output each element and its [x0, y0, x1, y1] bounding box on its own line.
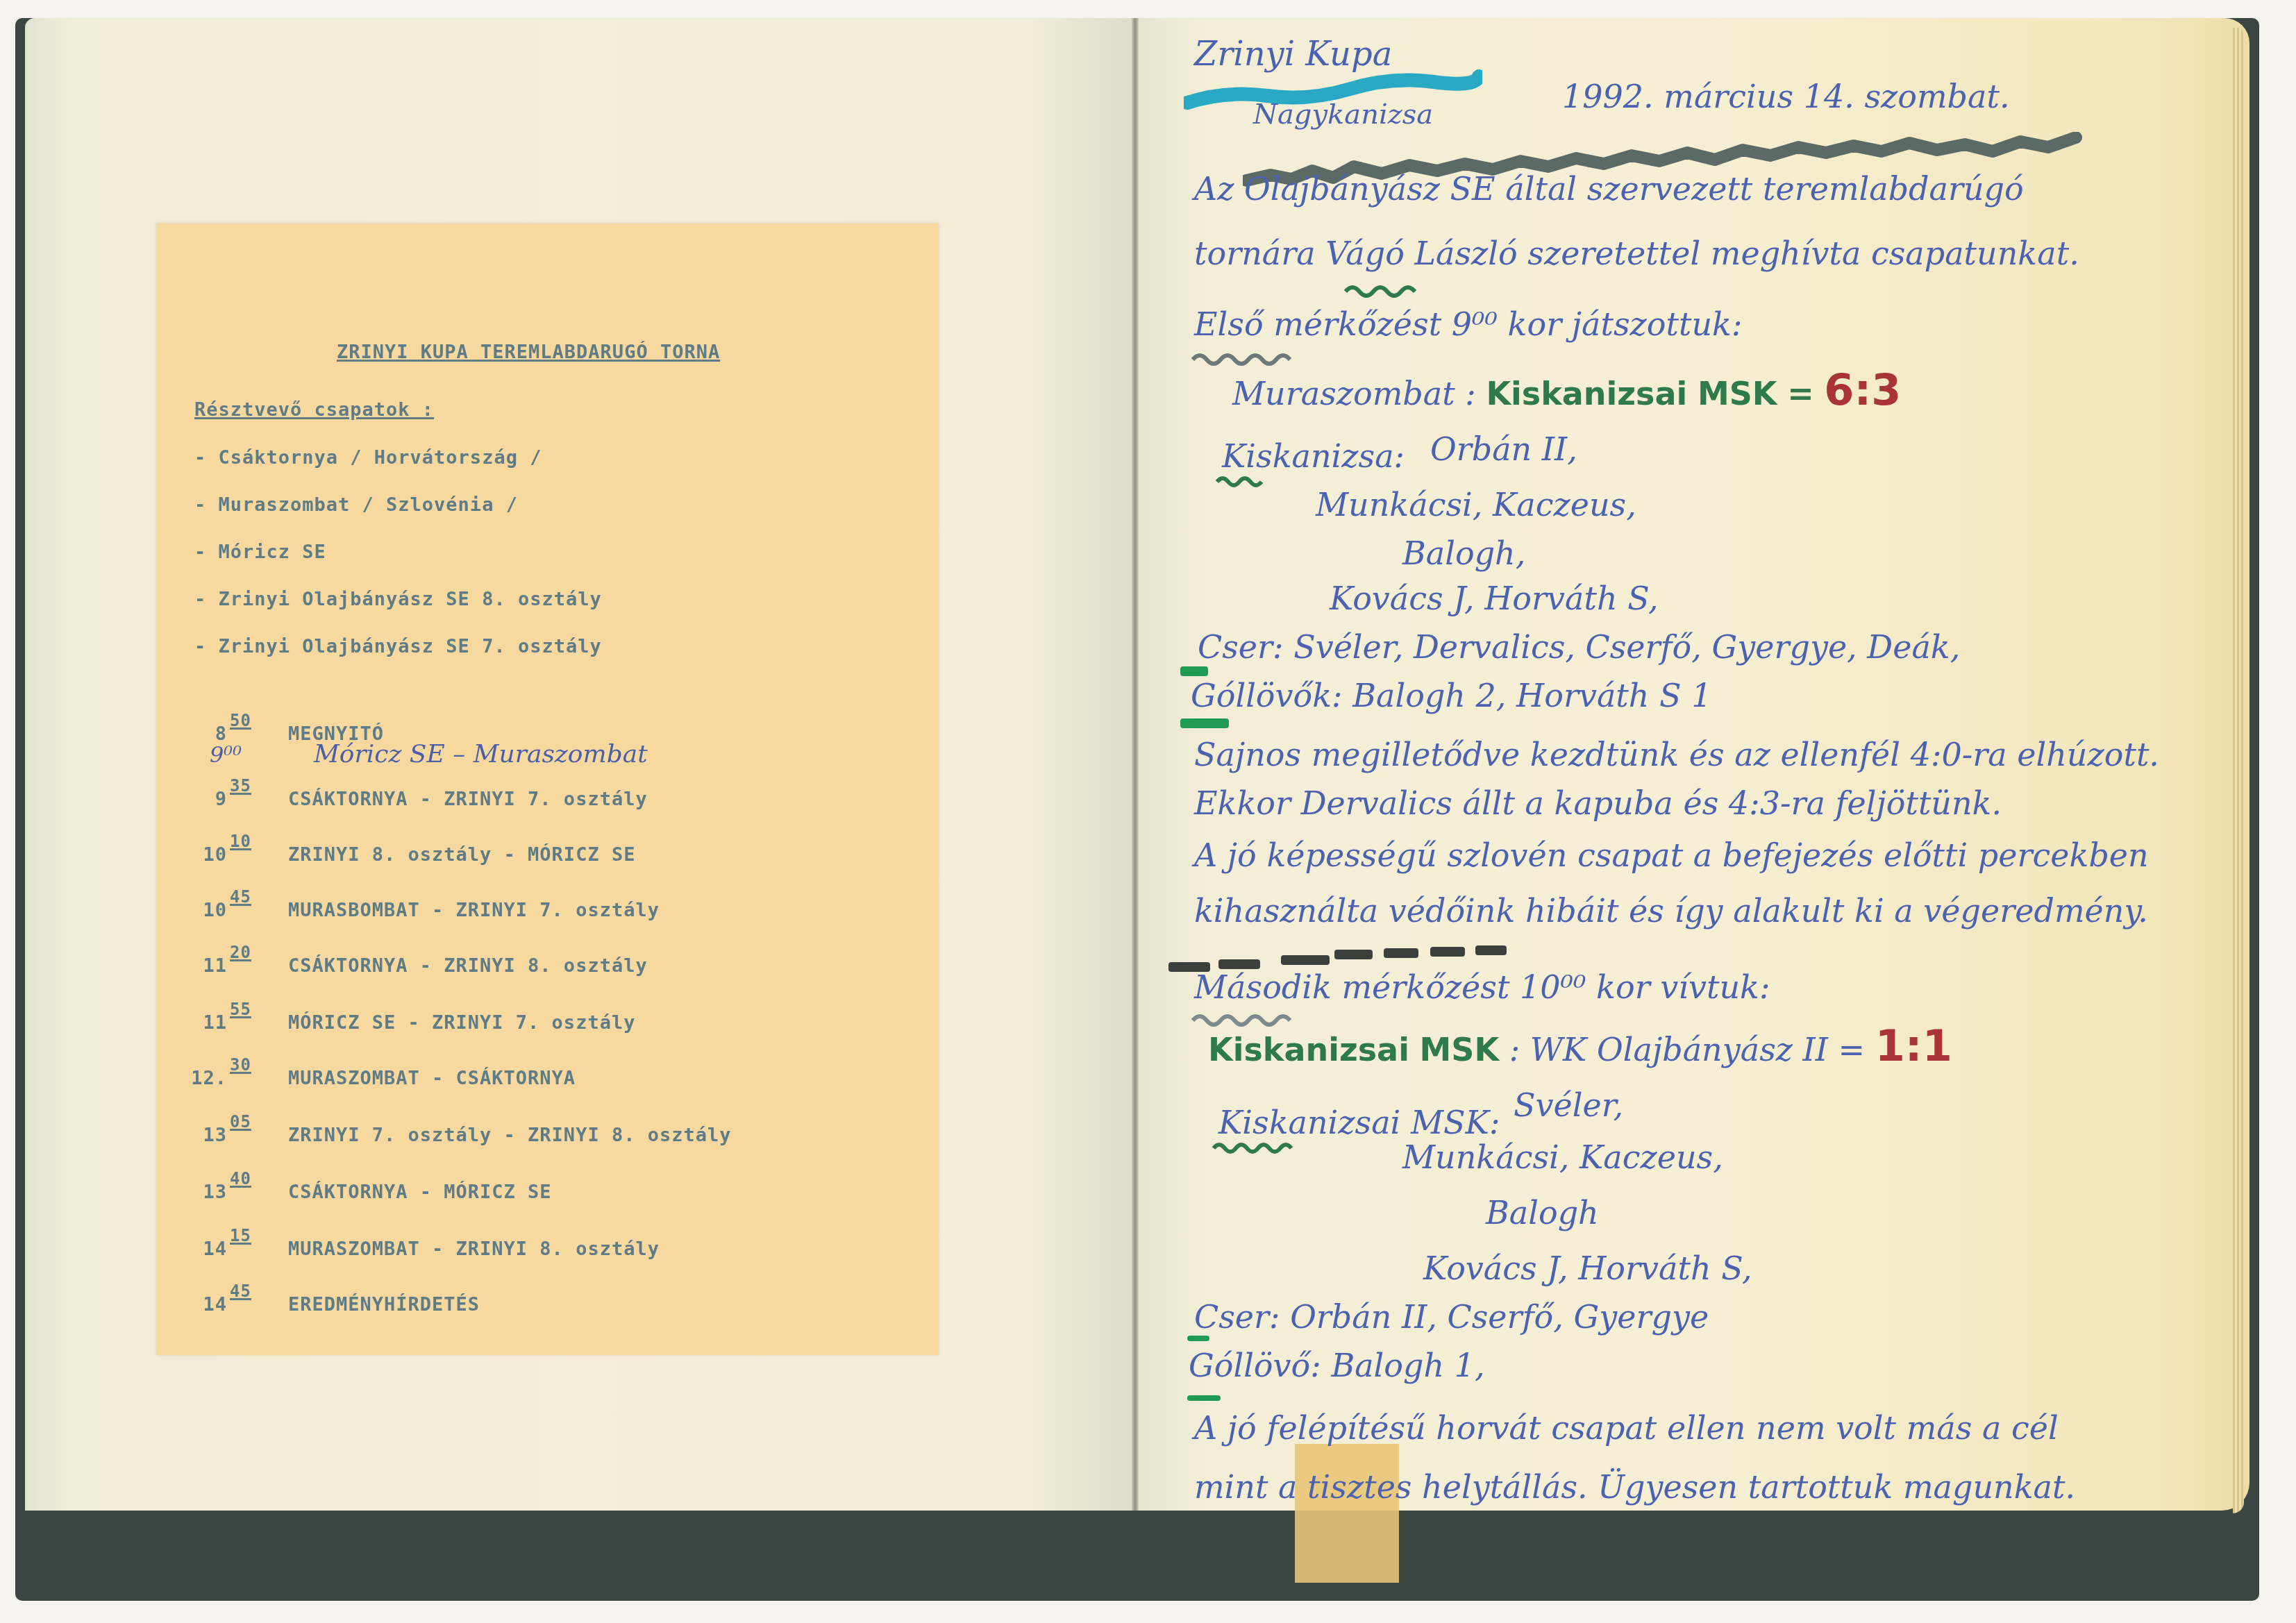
schedule-row: 14 45 EREDMÉNYHÍRDETÉS [184, 1281, 913, 1323]
handwritten-time: 9⁰⁰ [210, 741, 242, 768]
vs-separator: : [1509, 1031, 1520, 1068]
lineup-player: Munkácsi, Kaczeus, [1316, 486, 1636, 523]
home-team-abbr: MSK [1420, 1031, 1500, 1068]
schedule-minute: 55 [230, 1000, 251, 1019]
schedule-hour: 14 [184, 1238, 227, 1260]
separator-dash [1384, 948, 1418, 958]
vs-separator: : [1465, 375, 1476, 412]
sheet-title: ZRINYI KUPA TEREMLABDARUGÓ TORNA [337, 342, 720, 363]
green-marker-mark [1187, 1336, 1209, 1341]
subs-label: Cser: [1194, 1298, 1280, 1336]
scorers-list: Balogh 1, [1331, 1347, 1484, 1384]
schedule-row: 10 10 ZRINYI 8. osztály - MÓRICZ SE [184, 832, 913, 873]
schedule-hour: 11 [184, 955, 227, 977]
subs-label: Cser: [1198, 628, 1284, 666]
home-team: Kiskanizsai [1208, 1031, 1409, 1068]
match1-report-line: Sajnos megilletődve kezdtünk és az ellen… [1194, 736, 2159, 773]
schedule-row: 12. 30 MURASZOMBAT - CSÁKTORNYA [184, 1055, 913, 1097]
green-marker-mark [1180, 666, 1208, 676]
schedule-minute: 50 [230, 711, 251, 730]
away-team: Kiskanizsai [1486, 375, 1687, 412]
match2-report-line: mint a tisztes helytállás. Ügyesen tarto… [1194, 1468, 2075, 1506]
schedule-hour: 12. [184, 1068, 227, 1089]
schedule-event: CSÁKTORNYA - ZRINYI 7. osztály [288, 789, 648, 810]
schedule-event: MURASBOMBAT - ZRINYI 7. osztály [288, 900, 660, 921]
green-marker-mark [1187, 1395, 1221, 1401]
page-title: Zrinyi Kupa [1194, 35, 1392, 74]
schedule-minute: 35 [230, 776, 251, 796]
participant: - Zrinyi Olajbányász SE 8. osztály [194, 589, 602, 610]
match1-score: 6:3 [1824, 364, 1901, 415]
separator-dash [1281, 955, 1330, 965]
schedule-minute: 15 [230, 1226, 251, 1245]
green-underline [1215, 472, 1271, 489]
schedule-row: 13 40 CSÁKTORNYA - MÓRICZ SE [184, 1169, 913, 1211]
schedule-event: CSÁKTORNYA - MÓRICZ SE [288, 1181, 552, 1203]
schedule-minute: 20 [230, 943, 251, 962]
match1-heading: Első mérkőzést [1194, 305, 1441, 343]
lineup-player: Kovács J, Horváth S, [1330, 580, 1659, 617]
green-marker-mark [1180, 718, 1229, 728]
schedule-event: CSÁKTORNYA - ZRINYI 8. osztály [288, 955, 648, 977]
schedule-event: EREDMÉNYHÍRDETÉS [288, 1294, 480, 1315]
schedule-hour: 14 [184, 1294, 227, 1315]
equals-sign: = [1787, 375, 1814, 412]
match1-result: Muraszombat : Kiskanizsai MSK = 6:3 [1232, 364, 1901, 415]
lineup-player: Kovács J, Horváth S, [1423, 1250, 1752, 1287]
match2-report-line: A jó felépítésű horvát csapat ellen nem … [1194, 1409, 2059, 1447]
green-underline [1212, 1138, 1302, 1155]
match2-result: Kiskanizsai MSK : WK Olajbányász II = 1:… [1208, 1020, 1952, 1071]
schedule-row: 9 35 CSÁKTORNYA - ZRINYI 7. osztály [184, 776, 913, 818]
location: Nagykanizsa [1253, 99, 1433, 131]
home-team: Muraszombat [1232, 375, 1455, 412]
schedule-hour: 10 [184, 844, 227, 866]
participants-heading: Résztvevő csapatok : [194, 399, 434, 421]
date: 1992. március 14. szombat. [1562, 78, 2010, 115]
schedule-minute: 05 [230, 1112, 251, 1132]
intro-line-2: tornára Vágó László szeretettel meghívta… [1194, 235, 2079, 272]
subs-line: Cser: Orbán II, Cserfő, Gyergye [1194, 1298, 1709, 1336]
schedule-row: 11 55 MÓRICZ SE - ZRINYI 7. osztály [184, 1000, 913, 1041]
lineup-player: Svéler, [1514, 1086, 1623, 1124]
schedule-event: ZRINYI 7. osztály - ZRINYI 8. osztály [288, 1125, 731, 1146]
scorers-line: Góllövők: Balogh 2, Horváth S 1 [1191, 677, 1711, 714]
lineup-player: Balogh, [1402, 535, 1525, 572]
match2-heading: Második mérkőzést [1194, 968, 1509, 1006]
scorers-label: Góllövő: [1189, 1347, 1321, 1384]
match1-report-line: A jó képességű szlovén csapat a befejezé… [1194, 836, 2149, 874]
green-underline [1343, 279, 1427, 300]
schedule-hour: 13 [184, 1125, 227, 1146]
separator-dash [1334, 950, 1373, 959]
tournament-schedule-sheet: ZRINYI KUPA TEREMLABDARUGÓ TORNA Résztve… [156, 224, 939, 1355]
schedule-row: 14 15 MURASZOMBAT - ZRINYI 8. osztály [184, 1226, 913, 1268]
match2-heading-line: Második mérkőzést 10⁰⁰ kor vívtuk: [1194, 968, 1770, 1006]
lineup-label: Kiskanizsai MSK: [1218, 1104, 1500, 1141]
participant: - Móricz SE [194, 541, 326, 563]
lineup-player: Balogh [1486, 1194, 1599, 1231]
schedule-hour: 13 [184, 1181, 227, 1203]
scorers-line: Góllövő: Balogh 1, [1189, 1347, 1485, 1384]
schedule-minute: 45 [230, 1281, 251, 1301]
schedule-row: 11 20 CSÁKTORNYA - ZRINYI 8. osztály [184, 943, 913, 984]
scorers-list: Balogh 2, Horváth S 1 [1352, 677, 1711, 714]
lineup-player: Orbán II, [1430, 430, 1577, 468]
match1-report-line: kihasználta védőink hibáit és így alakul… [1194, 892, 2148, 930]
schedule-row: 13 05 ZRINYI 7. osztály - ZRINYI 8. oszt… [184, 1112, 913, 1154]
match1-heading-line: Első mérkőzést 9⁰⁰ kor játszottuk: [1194, 305, 1742, 343]
book-spine [1132, 18, 1139, 1511]
separator-dash [1475, 945, 1507, 955]
lineup-label: Kiskanizsa: [1222, 437, 1405, 475]
page-edges [2233, 28, 2244, 1513]
schedule-hour: 11 [184, 1012, 227, 1034]
schedule-event: ZRINYI 8. osztály - MÓRICZ SE [288, 844, 635, 866]
subs-line: Cser: Svéler, Dervalics, Cserfő, Gyergye… [1198, 628, 1960, 666]
match1-report-line: Ekkor Dervalics állt a kapuba és 4:3-ra … [1194, 784, 2002, 822]
intro-line-1: Az Olajbányász SE által szervezett terem… [1194, 170, 2024, 208]
away-team: WK Olajbányász II [1530, 1031, 1828, 1068]
separator-dash [1430, 947, 1465, 957]
schedule-hour: 9 [184, 789, 227, 810]
schedule-event: MURASZOMBAT - CSÁKTORNYA [288, 1068, 576, 1089]
schedule-event: MÓRICZ SE - ZRINYI 7. osztály [288, 1012, 635, 1034]
participant: - Csáktornya / Horvátország / [194, 447, 542, 469]
intro-text: szeretettel meghívta csapatunkat. [1527, 235, 2079, 272]
handwritten-match: Móricz SE – Muraszombat [314, 740, 648, 768]
match1-time: 9⁰⁰ kor játszottuk: [1452, 305, 1743, 343]
match2-time: 10⁰⁰ kor vívtuk: [1520, 968, 1770, 1006]
schedule-event: MURASZOMBAT - ZRINYI 8. osztály [288, 1238, 660, 1260]
participant: - Muraszombat / Szlovénia / [194, 494, 518, 516]
away-team-abbr: MSK [1698, 375, 1777, 412]
subs-list: Orbán II, Cserfő, Gyergye [1290, 1298, 1709, 1336]
schedule-row: 10 45 MURASBOMBAT - ZRINYI 7. osztály [184, 887, 913, 929]
organizer-name: Vágó László [1325, 235, 1517, 272]
schedule-minute: 10 [230, 832, 251, 851]
adhesive-tape [1295, 1444, 1399, 1583]
equals-sign: = [1838, 1031, 1866, 1068]
subs-list: Svéler, Dervalics, Cserfő, Gyergye, Deák… [1293, 628, 1960, 666]
match2-score: 1:1 [1875, 1020, 1952, 1071]
schedule-minute: 45 [230, 887, 251, 907]
schedule-minute: 40 [230, 1169, 251, 1188]
schedule-hour: 10 [184, 900, 227, 921]
separator-dash [1218, 959, 1260, 969]
intro-text: tornára [1194, 235, 1316, 272]
scorers-label: Góllövők: [1191, 677, 1343, 714]
schedule-minute: 30 [230, 1055, 251, 1075]
participant: - Zrinyi Olajbányász SE 7. osztály [194, 636, 602, 657]
lineup-player: Munkácsi, Kaczeus, [1402, 1138, 1723, 1176]
